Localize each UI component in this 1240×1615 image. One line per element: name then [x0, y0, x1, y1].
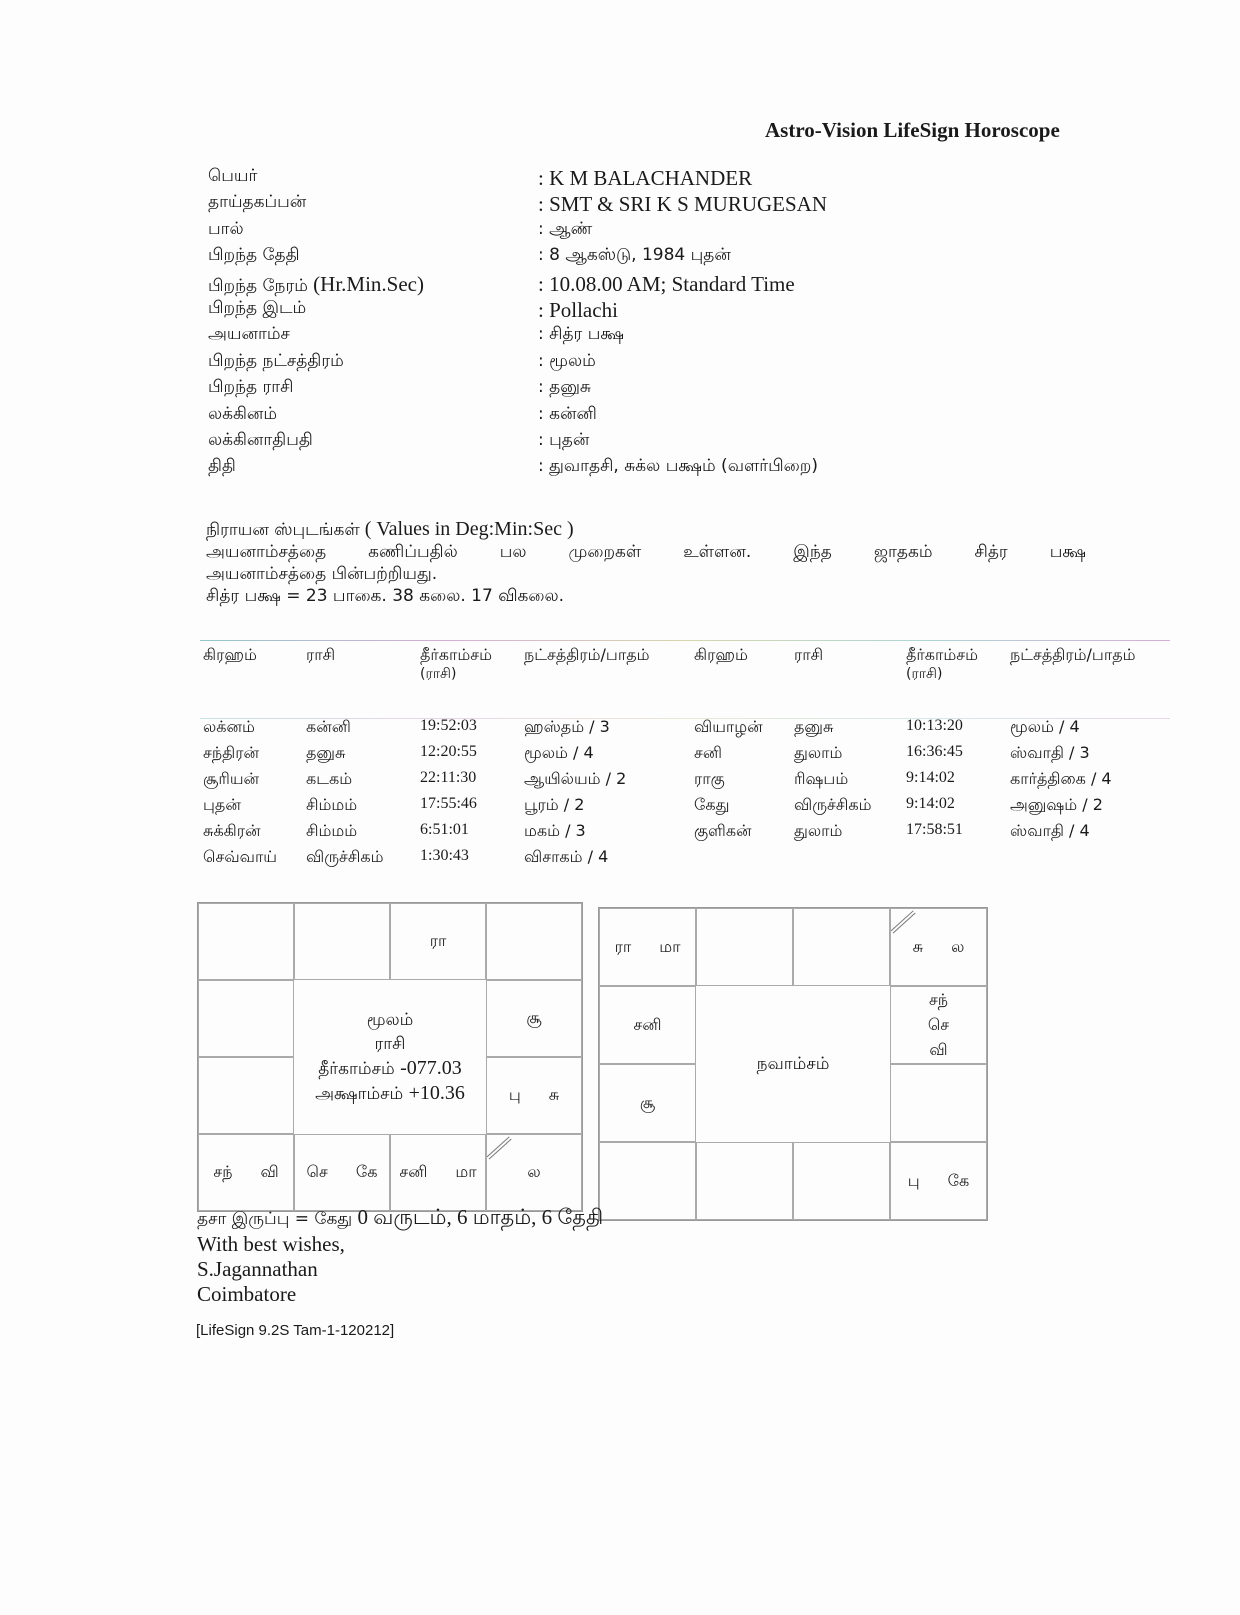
detail-value: : Pollachi	[538, 298, 618, 323]
chart-house	[198, 1057, 294, 1134]
wishes-text: With best wishes,	[197, 1232, 603, 1257]
chart-house	[793, 1142, 890, 1220]
detail-label: தாய்தகப்பன்	[208, 192, 306, 214]
table-cell: துலாம்	[794, 743, 906, 769]
planet-abbr: ரா	[430, 931, 447, 952]
column-subheader: (ராசி)	[906, 666, 1010, 684]
chart-house	[696, 1142, 793, 1220]
table-cell: மகம் / 3	[524, 821, 694, 847]
detail-value: : ஆண்	[538, 219, 592, 241]
sphuta-heading: நிராயன ஸ்புடங்கள் ( Values in Deg:Min:Se…	[206, 518, 1086, 541]
column-header: நட்சத்திரம்/பாதம்	[1010, 645, 1170, 717]
detail-value: : SMT & SRI K S MURUGESAN	[538, 192, 827, 217]
table-cell: மூலம் / 4	[1010, 717, 1170, 743]
longitude-value: -077.03	[400, 1057, 462, 1079]
table-cell: சனி	[694, 743, 794, 769]
column-header: ராசி	[306, 645, 420, 717]
dasa-balance: தசா இருப்பு = கேது 0 வருடம், 6 மாதம், 6 …	[197, 1205, 603, 1232]
planet-abbr: ல	[527, 1162, 540, 1183]
chart-house	[294, 903, 390, 980]
planet-abbr: சூ	[526, 1008, 541, 1029]
detail-value: : கன்னி	[538, 404, 597, 426]
table-cell: வியாழன்	[694, 717, 794, 743]
chart-house: சனிமா	[390, 1134, 486, 1211]
chart-house: சூ	[486, 980, 582, 1057]
longitude-label: தீர்காம்சம்	[318, 1059, 400, 1079]
detail-value: : புதன்	[538, 430, 589, 452]
planet-abbr: கே	[356, 1162, 378, 1183]
detail-label: திதி	[208, 456, 236, 478]
table-cell: 10:13:20	[906, 717, 1010, 743]
chart-house	[198, 903, 294, 980]
table-cell: 16:36:45	[906, 743, 1010, 769]
detail-label: அயனாம்ச	[208, 324, 290, 346]
table-cell: புதன்	[203, 795, 306, 821]
table-row: புதன்சிம்மம்17:55:46பூரம் / 2கேதுவிருச்ச…	[203, 795, 1170, 821]
table-row: சுக்கிரன்சிம்மம்6:51:01மகம் / 3குளிகன்து…	[203, 821, 1170, 847]
table-row: சந்திரன்தனுசு12:20:55மூலம் / 4சனிதுலாம்1…	[203, 743, 1170, 769]
column-header: தீர்காம்சம்(ராசி)	[420, 645, 524, 717]
chart-house	[890, 1064, 987, 1142]
table-cell	[794, 847, 906, 873]
table-cell: விருச்சிகம்	[794, 795, 906, 821]
chart-house: ராமா	[599, 908, 696, 986]
chart-house: புகே	[890, 1142, 987, 1220]
table-row: செவ்வாய்விருச்சிகம்1:30:43விசாகம் / 4	[203, 847, 1170, 873]
chart-house: சந்செவி	[890, 986, 987, 1064]
table-cell: ஸ்வாதி / 3	[1010, 743, 1170, 769]
table-cell: 17:55:46	[420, 795, 524, 821]
footer: தசா இருப்பு = கேது 0 வருடம், 6 மாதம், 6 …	[197, 1205, 603, 1307]
detail-label: பிறந்த தேதி	[208, 245, 300, 267]
table-cell: 9:14:02	[906, 769, 1010, 795]
column-header: கிரஹம்	[203, 645, 306, 717]
column-header-label: ராசி	[794, 645, 906, 666]
column-subheader: (ராசி)	[420, 666, 524, 684]
chart-center-label: நவாம்சம்	[757, 1052, 830, 1076]
column-header-label: கிரஹம்	[203, 645, 306, 666]
navamsa-chart: ராமாசுலசந்செவிபுகேசனிசூநவாம்சம்	[598, 907, 988, 1221]
table-top-rule	[200, 640, 1170, 641]
planet-abbr: சு	[913, 937, 923, 958]
table-cell: ரிஷபம்	[794, 769, 906, 795]
table-cell: ராகு	[694, 769, 794, 795]
table-cell: 12:20:55	[420, 743, 524, 769]
table-cell	[906, 847, 1010, 873]
chart-house: சந்வி	[198, 1134, 294, 1211]
planet-abbr: சந்	[213, 1162, 232, 1183]
detail-value: : தனுசு	[538, 377, 591, 399]
document-title: Astro-Vision LifeSign Horoscope	[765, 118, 1060, 143]
table-cell: தனுசு	[306, 743, 420, 769]
planet-abbr: பு	[509, 1085, 521, 1106]
latitude-value: +10.36	[409, 1082, 465, 1104]
astrologer-name: S.Jagannathan	[197, 1257, 603, 1282]
planet-abbr: சனி	[634, 1015, 662, 1036]
longitude: தீர்காம்சம் -077.03	[318, 1056, 462, 1081]
table-cell: செவ்வாய்	[203, 847, 306, 873]
table-row: சூரியன்கடகம்22:11:30ஆயில்யம் / 2ராகுரிஷப…	[203, 769, 1170, 795]
chart-house	[599, 1142, 696, 1220]
table-cell: 9:14:02	[906, 795, 1010, 821]
detail-value: : சித்ர பக்ஷ	[538, 324, 624, 346]
table-cell: 19:52:03	[420, 717, 524, 743]
ayanamsa-note-2: அயனாம்சத்தை பின்பற்றியது.	[206, 563, 1086, 585]
planet-table: கிரஹம்ராசிதீர்காம்சம்(ராசி)நட்சத்திரம்/ப…	[203, 645, 1170, 873]
chart-center: மூலம்ராசிதீர்காம்சம் -077.03அக்ஷாம்சம் +…	[294, 980, 486, 1134]
table-cell: கேது	[694, 795, 794, 821]
column-header-label: நட்சத்திரம்/பாதம்	[524, 645, 694, 666]
column-header: ராசி	[794, 645, 906, 717]
table-cell: அனுஷம் / 2	[1010, 795, 1170, 821]
detail-value: : K M BALACHANDER	[538, 166, 752, 191]
table-cell: சந்திரன்	[203, 743, 306, 769]
table-cell: ஆயில்யம் / 2	[524, 769, 694, 795]
table-cell: தனுசு	[794, 717, 906, 743]
planet-abbr: ரா	[615, 937, 632, 958]
planet-abbr: செ	[928, 1015, 949, 1036]
detail-label: பிறந்த இடம்	[208, 298, 306, 320]
planet-abbr: சனி	[399, 1162, 427, 1183]
detail-label-unit: (Hr.Min.Sec)	[308, 272, 424, 296]
planet-abbr: ல	[951, 937, 964, 958]
table-cell: லக்னம்	[203, 717, 306, 743]
planet-abbr: சூ	[640, 1093, 655, 1114]
chart-house	[696, 908, 793, 986]
detail-label: பிறந்த நட்சத்திரம்	[208, 351, 344, 373]
table-cell: கார்த்திகை / 4	[1010, 769, 1170, 795]
table-cell: சிம்மம்	[306, 821, 420, 847]
table-cell: ஹஸ்தம் / 3	[524, 717, 694, 743]
latitude-label: அக்ஷாம்சம்	[315, 1084, 409, 1104]
detail-label: பால்	[208, 219, 244, 241]
table-cell: கன்னி	[306, 717, 420, 743]
table-row: லக்னம்கன்னி19:52:03ஹஸ்தம் / 3வியாழன்தனுச…	[203, 717, 1170, 743]
planet-abbr: சு	[549, 1085, 559, 1106]
latitude: அக்ஷாம்சம் +10.36	[315, 1081, 465, 1106]
planet-abbr: பு	[908, 1171, 920, 1192]
column-header: கிரஹம்	[694, 645, 794, 717]
column-header-label: தீர்காம்சம்	[906, 645, 1010, 666]
table-cell: சுக்கிரன்	[203, 821, 306, 847]
chart-house: செகே	[294, 1134, 390, 1211]
detail-value: : மூலம்	[538, 351, 596, 373]
table-cell: 22:11:30	[420, 769, 524, 795]
table-cell: சிம்மம்	[306, 795, 420, 821]
chart-house: ரா	[390, 903, 486, 980]
chart-house: சூ	[599, 1064, 696, 1142]
chart-house: சனி	[599, 986, 696, 1064]
planet-abbr: கே	[948, 1171, 970, 1192]
planet-abbr: வி	[929, 1040, 947, 1061]
planet-abbr: மா	[659, 937, 680, 958]
detail-label: லக்கினாதிபதி	[208, 430, 313, 452]
chart-house	[486, 903, 582, 980]
chart-house	[793, 908, 890, 986]
table-cell: 6:51:01	[420, 821, 524, 847]
detail-label: பெயர்	[208, 166, 257, 188]
table-cell: விசாகம் / 4	[524, 847, 694, 873]
column-header-label: நட்சத்திரம்/பாதம்	[1010, 645, 1170, 666]
table-cell: 17:58:51	[906, 821, 1010, 847]
table-cell: மூலம் / 4	[524, 743, 694, 769]
detail-label: லக்கினம்	[208, 404, 277, 426]
chart-center-label: மூலம்	[367, 1008, 414, 1032]
table-cell: விருச்சிகம்	[306, 847, 420, 873]
column-header-label: கிரஹம்	[694, 645, 794, 666]
sphuta-section: நிராயன ஸ்புடங்கள் ( Values in Deg:Min:Se…	[206, 518, 1086, 607]
table-cell: சூரியன்	[203, 769, 306, 795]
chart-house: புசு	[486, 1057, 582, 1134]
detail-value: : துவாதசி, சுக்ல பக்ஷம் (வளர்பிறை)	[538, 456, 818, 478]
detail-value: : 10.08.00 AM; Standard Time	[538, 272, 795, 297]
chart-center: நவாம்சம்	[696, 986, 890, 1142]
table-cell: ஸ்வாதி / 4	[1010, 821, 1170, 847]
column-header-label: தீர்காம்சம்	[420, 645, 524, 666]
table-cell	[1010, 847, 1170, 873]
planet-abbr: சந்	[929, 990, 948, 1011]
table-cell: 1:30:43	[420, 847, 524, 873]
table-header-row: கிரஹம்ராசிதீர்காம்சம்(ராசி)நட்சத்திரம்/ப…	[203, 645, 1170, 717]
table-cell: துலாம்	[794, 821, 906, 847]
astrologer-place: Coimbatore	[197, 1282, 603, 1307]
table-cell: கடகம்	[306, 769, 420, 795]
planet-abbr: மா	[455, 1162, 476, 1183]
rasi-chart: ராசூபுசுசந்விசெகேசனிமாலமூலம்ராசிதீர்காம்…	[197, 902, 583, 1212]
chart-center-label: ராசி	[375, 1032, 406, 1056]
table-cell: பூரம் / 2	[524, 795, 694, 821]
column-header: தீர்காம்சம்(ராசி)	[906, 645, 1010, 717]
planet-abbr: செ	[307, 1162, 328, 1183]
table-cell	[694, 847, 794, 873]
table-cell: குளிகன்	[694, 821, 794, 847]
detail-label: பிறந்த ராசி	[208, 377, 293, 399]
detail-label: பிறந்த நேரம் (Hr.Min.Sec)	[208, 272, 424, 298]
chart-house	[198, 980, 294, 1057]
detail-value: : 8 ஆகஸ்டு, 1984 புதன்	[538, 245, 731, 267]
planet-abbr: வி	[260, 1162, 278, 1183]
software-version: [LifeSign 9.2S Tam-1-120212]	[196, 1322, 394, 1339]
column-header-label: ராசி	[306, 645, 420, 666]
ayanamsa-note: அயனாம்சத்தை கணிப்பதில் பல முறைகள் உள்ளன.…	[206, 541, 1086, 563]
column-header: நட்சத்திரம்/பாதம்	[524, 645, 694, 717]
ayanamsa-value: சித்ர பக்ஷ = 23 பாகை. 38 கலை. 17 விகலை.	[206, 585, 1086, 607]
